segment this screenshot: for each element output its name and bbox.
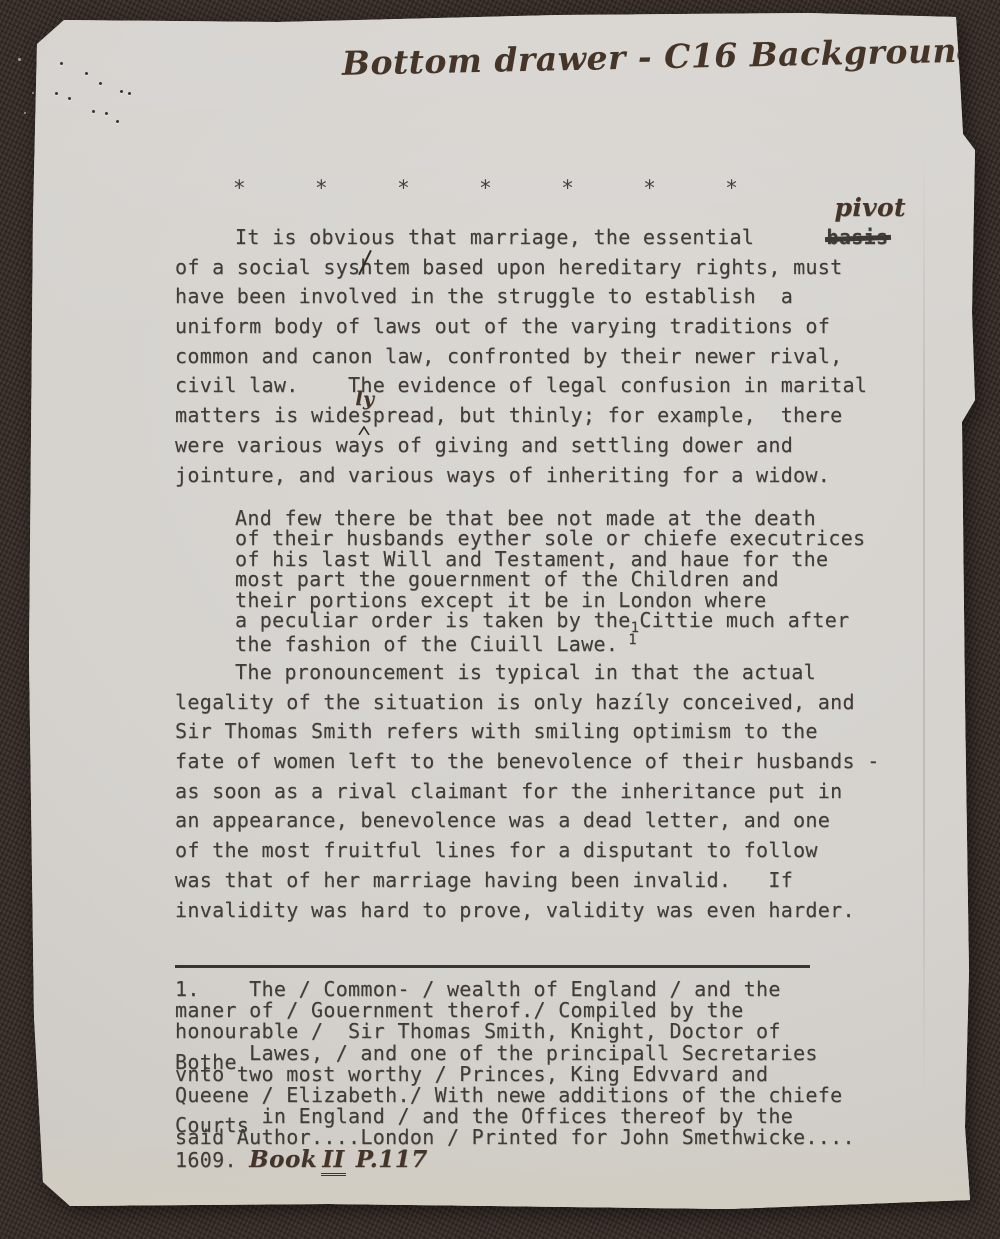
insertion-caret-mark bbox=[358, 426, 370, 435]
typed-text: the fashion of the Ciuill Lawe. bbox=[235, 632, 618, 656]
typed-line: a peculiar order is taken by the1Cittie … bbox=[235, 610, 865, 630]
handwritten-page-number: P.117 bbox=[356, 1146, 428, 1173]
typed-line: 1609. BookIIP.117 bbox=[175, 1149, 855, 1170]
typed-line: legality of the situation is only hazíly… bbox=[175, 688, 880, 718]
typed-line: most part the gouernment of the Children… bbox=[235, 569, 865, 589]
paragraph-2: The pronouncement is typical in that the… bbox=[175, 658, 880, 925]
paper-crease bbox=[923, 152, 925, 1102]
typed-text: matters is wide bbox=[175, 403, 360, 427]
typed-text: It is obvious that marriage, the essenti… bbox=[235, 225, 767, 249]
asterisk: * bbox=[233, 176, 246, 200]
typed-line: It is obvious that marriage, the essenti… bbox=[175, 223, 888, 253]
typed-line: jointure, and various ways of inheriting… bbox=[175, 461, 888, 491]
handwritten-word: Book bbox=[249, 1146, 317, 1173]
dropped-typed-word: Courts bbox=[175, 1115, 249, 1136]
paper-shadow-wrap: Bottom drawer - C16 Background ******* I… bbox=[0, 0, 1000, 1239]
asterisk: * bbox=[643, 176, 656, 200]
typed-line: uniform body of laws out of the varying … bbox=[175, 312, 888, 342]
typed-line: Bothe Lawes, / and one of the principall… bbox=[175, 1043, 855, 1064]
pinhole-mark bbox=[68, 97, 71, 100]
blockquote-excerpt: And few there be that bee not made at th… bbox=[235, 508, 865, 651]
typed-line: matters is widelyspread, but thinly; for… bbox=[175, 401, 888, 431]
typed-line: their portions except it be in London wh… bbox=[235, 590, 865, 610]
typed-text: a peculiar order is taken by the bbox=[235, 608, 631, 632]
pinhole-mark bbox=[128, 92, 131, 95]
typed-line: Sir Thomas Smith refers with smiling opt… bbox=[175, 717, 880, 747]
asterisk-separator: ******* bbox=[233, 176, 738, 200]
typed-line: 1. The / Common- / wealth of England / a… bbox=[175, 979, 855, 1000]
typed-text: of a social sys bbox=[175, 255, 360, 279]
asterisk: * bbox=[725, 176, 738, 200]
typed-line: as soon as a rival claimant for the inhe… bbox=[175, 777, 880, 807]
typed-text: Lawes, / and one of the principall Secre… bbox=[237, 1041, 818, 1065]
document-page: Bottom drawer - C16 Background ******* I… bbox=[28, 12, 975, 1215]
asterisk: * bbox=[479, 176, 492, 200]
typed-line: The pronouncement is typical in that the… bbox=[175, 658, 880, 688]
asterisk: * bbox=[561, 176, 574, 200]
asterisk: * bbox=[397, 176, 410, 200]
handwritten-filing-note: Bottom drawer - C16 Background bbox=[342, 32, 903, 83]
handwritten-insertion-ly: ly bbox=[355, 385, 374, 415]
handwritten-roman-numeral: II bbox=[321, 1146, 346, 1176]
typed-line: vnto two most worthy / Princes, King Edv… bbox=[175, 1064, 855, 1085]
typed-line: invalidity was hard to prove, validity w… bbox=[175, 896, 880, 926]
slashed-out-letter: h bbox=[360, 253, 372, 283]
footnote: 1. The / Common- / wealth of England / a… bbox=[175, 979, 855, 1170]
typed-line: were various ways of giving and settling… bbox=[175, 431, 888, 461]
typed-line: of the most fruitful lines for a disputa… bbox=[175, 836, 880, 866]
typed-line: have been involved in the struggle to es… bbox=[175, 282, 888, 312]
typed-text: Cittie much after bbox=[639, 608, 849, 632]
typed-line: civil law. The evidence of legal confusi… bbox=[175, 371, 888, 401]
typed-line: And few there be that bee not made at th… bbox=[235, 508, 865, 528]
pinhole-mark bbox=[116, 120, 119, 123]
struck-word-wrap: basispivot bbox=[767, 223, 889, 253]
asterisk: * bbox=[315, 176, 328, 200]
typed-line: fate of women left to the benevolence of… bbox=[175, 747, 880, 777]
struck-word: basis bbox=[827, 225, 889, 249]
footnote-divider bbox=[175, 965, 810, 968]
typed-line: common and canon law, confronted by thei… bbox=[175, 342, 888, 372]
pinhole-mark bbox=[105, 112, 108, 115]
pinhole-mark bbox=[92, 110, 95, 113]
pinhole-mark bbox=[55, 92, 58, 95]
pinhole-mark bbox=[120, 90, 123, 93]
typed-line: of a social syshtem based upon hereditar… bbox=[175, 253, 888, 283]
photo-background: Bottom drawer - C16 Background ******* I… bbox=[0, 0, 1000, 1239]
typed-line: an appearance, benevolence was a dead le… bbox=[175, 806, 880, 836]
typed-text: 1609. bbox=[175, 1148, 249, 1172]
typed-line: Courts in England / and the Offices ther… bbox=[175, 1106, 855, 1127]
typed-line: Queene / Elizabeth./ With newe additions… bbox=[175, 1085, 855, 1106]
typed-line: of his last Will and Testament, and haue… bbox=[235, 549, 865, 569]
footnote-reference-mark: 1 bbox=[628, 632, 637, 648]
typed-text: spread, but thinly; for example, there bbox=[360, 403, 842, 427]
dropped-typed-word: Bothe bbox=[175, 1052, 237, 1073]
typed-line: the fashion of the Ciuill Lawe.1 bbox=[235, 630, 865, 650]
typed-text: tem based upon hereditary rights, must bbox=[373, 255, 843, 279]
handwritten-correction-pivot: pivot bbox=[775, 193, 906, 223]
pinhole-mark bbox=[85, 72, 88, 75]
pinhole-mark bbox=[60, 62, 63, 65]
typed-line: of their husbands eyther sole or chiefe … bbox=[235, 528, 865, 548]
typed-line: maner of / Gouernment therof./ Compiled … bbox=[175, 1000, 855, 1021]
handwritten-page-ref: BookIIP.117 bbox=[249, 1146, 428, 1173]
paragraph-1: It is obvious that marriage, the essenti… bbox=[175, 223, 888, 490]
typed-line: honourable / Sir Thomas Smith, Knight, D… bbox=[175, 1021, 855, 1042]
pinhole-mark bbox=[99, 82, 102, 85]
typed-line: was that of her marriage having been inv… bbox=[175, 866, 880, 896]
